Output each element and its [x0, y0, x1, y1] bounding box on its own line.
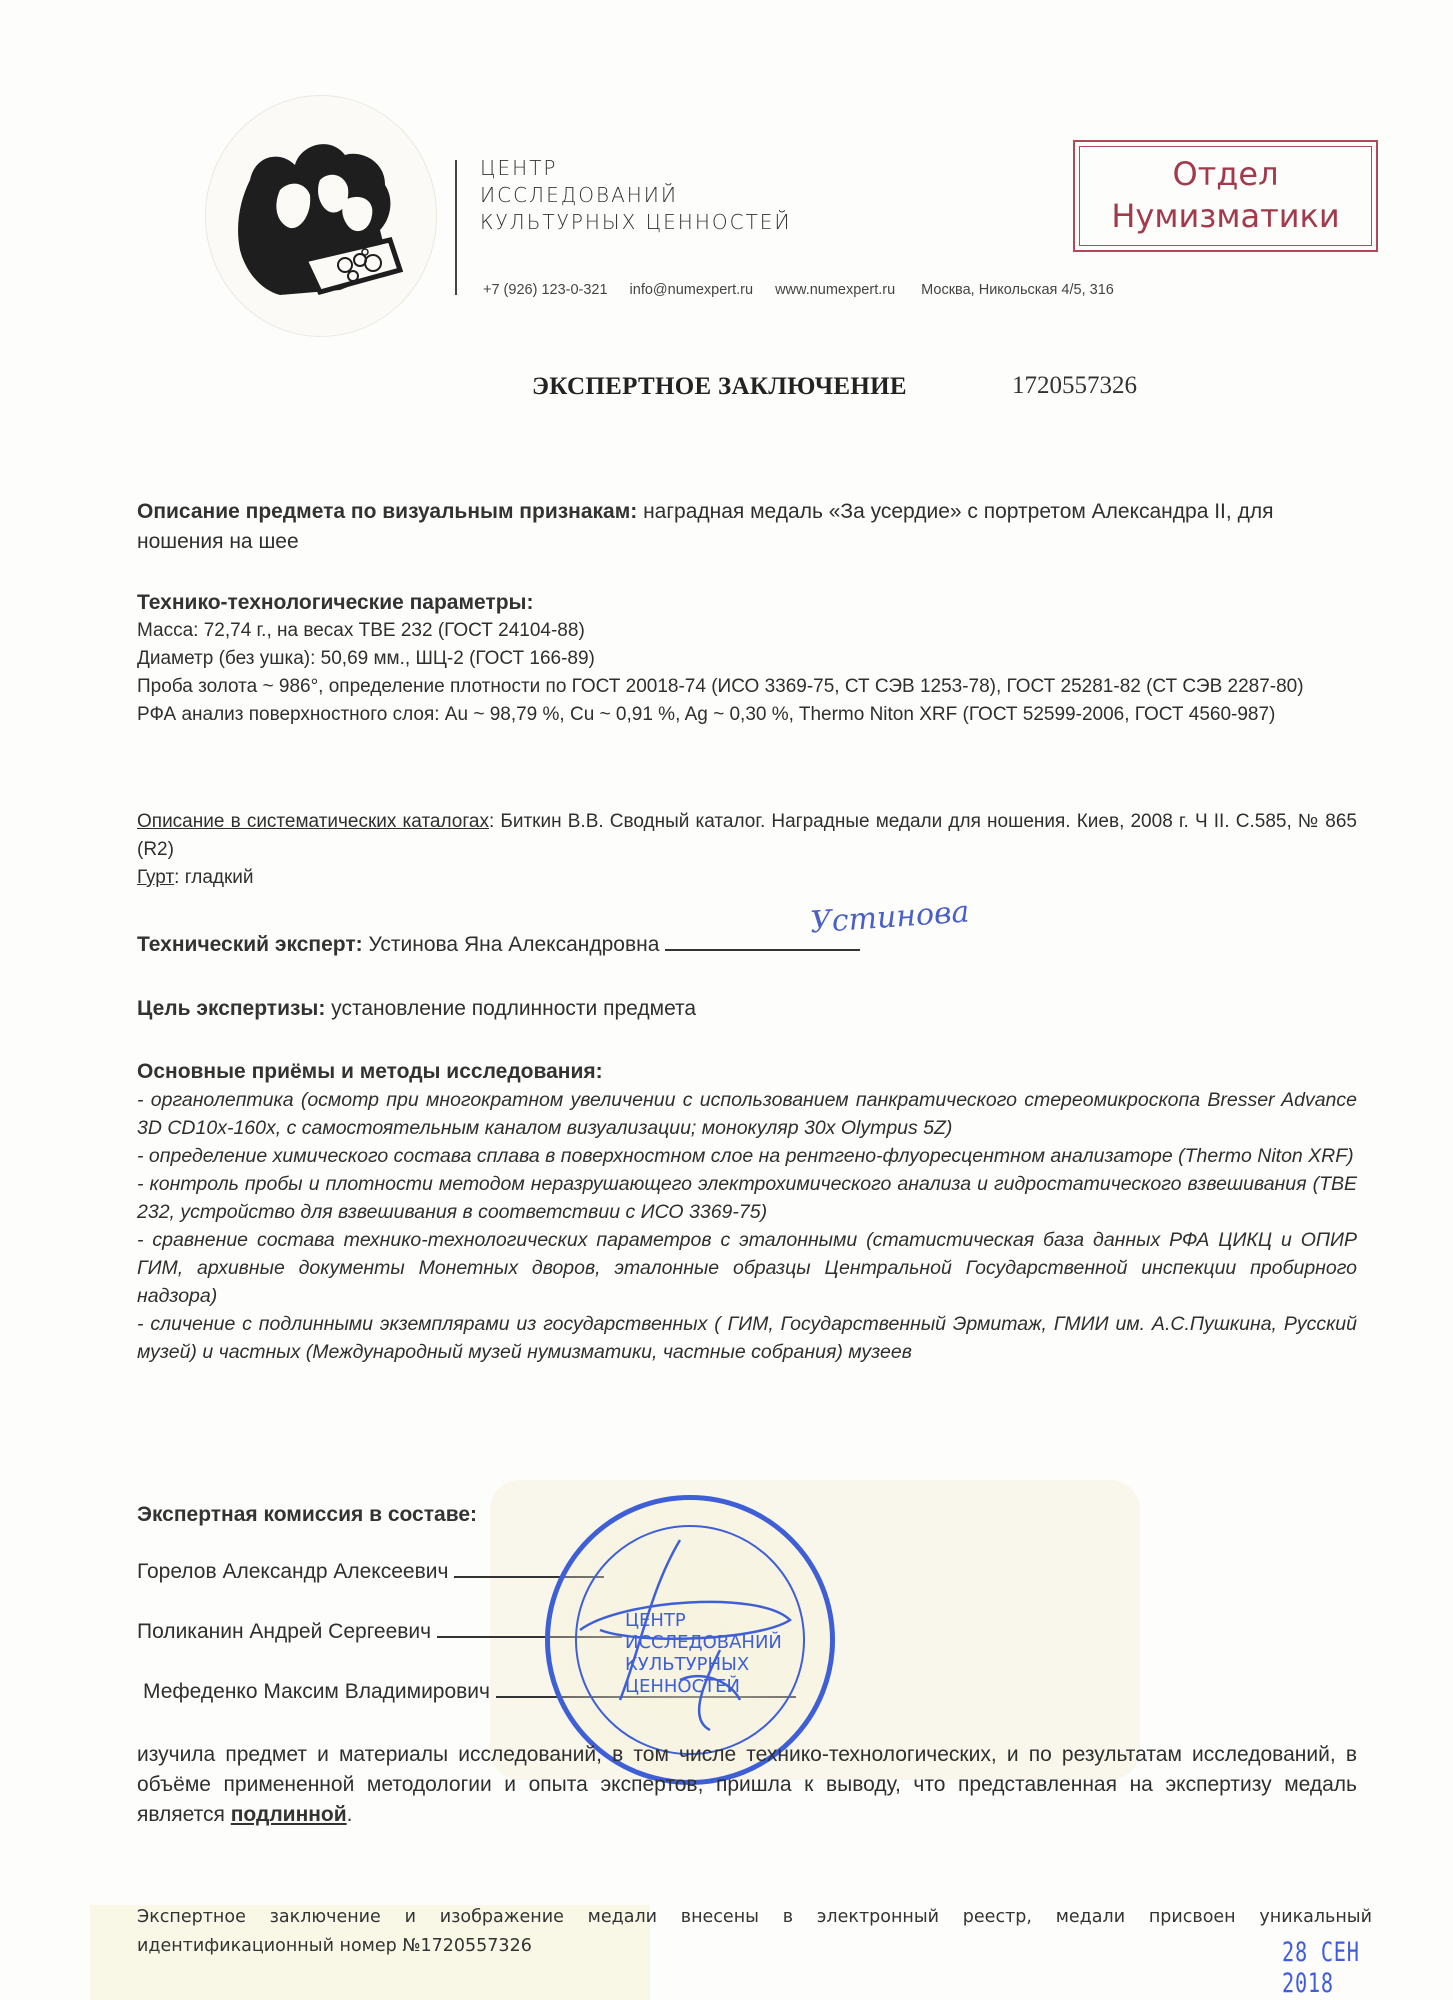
department-stamp: Отдел Нумизматики [1073, 140, 1378, 252]
description-section: Описание предмета по визуальным признака… [137, 497, 1357, 557]
address: Москва, Никольская 4/5, 316 [921, 282, 1114, 298]
tech-expert-label: Технический эксперт: [137, 933, 363, 956]
organization-name: ЦЕНТР ИССЛЕДОВАНИЙ КУЛЬТУРНЫХ ЦЕННОСТЕЙ [480, 155, 792, 236]
registry-note: Экспертное заключение и изображение меда… [137, 1903, 1372, 1961]
goal-row: Цель экспертизы: установление подлинност… [137, 994, 1357, 1023]
numismatists-logo-icon [220, 120, 420, 310]
commission-member-name: Горелов Александр Алексеевич [137, 1560, 448, 1583]
header-divider [455, 160, 457, 295]
contact-info: +7 (926) 123-0-321 info@numexpert.ru www… [483, 282, 1114, 298]
methods-section: Основные приёмы и методы исследования: -… [137, 1058, 1357, 1366]
phone-number: +7 (926) 123-0-321 [483, 282, 608, 298]
technical-line: Диаметр (без ушка): 50,69 мм., ШЦ-2 (ГОС… [137, 645, 1357, 673]
edge-label: Гурт [137, 867, 174, 888]
date-stamp: 28 СЕН 2018 [1282, 1937, 1410, 1999]
catalog-label: Описание в систематических каталогах [137, 811, 489, 832]
commission-member-name: Поликанин Андрей Сергеевич [137, 1620, 431, 1643]
technical-line: РФА анализ поверхностного слоя: Au ~ 98,… [137, 701, 1357, 729]
tech-expert-name: Устинова Яна Александровна [363, 933, 660, 956]
department-stamp-line1: Отдел [1080, 153, 1371, 195]
conclusion-paragraph: изучила предмет и материалы исследований… [137, 1740, 1357, 1830]
goal-label: Цель экспертизы: [137, 997, 325, 1020]
edge-value: : гладкий [174, 867, 253, 888]
goal-value: установление подлинности предмета [325, 997, 696, 1020]
method-item: - определение химического состава сплава… [137, 1142, 1357, 1170]
method-item: - органолептика (осмотр при многократном… [137, 1086, 1357, 1142]
org-name-line: ЦЕНТР [480, 155, 792, 182]
signature-line [665, 948, 860, 951]
description-label: Описание предмета по визуальным признака… [137, 500, 637, 523]
technical-heading: Технико-технологические параметры: [137, 588, 1357, 617]
commission-member-name: Мефеденко Максим Владимирович [143, 1680, 490, 1703]
tech-expert-row: Технический эксперт: Устинова Яна Алекса… [137, 930, 1357, 959]
org-name-line: ИССЛЕДОВАНИЙ [480, 182, 792, 209]
commission-signature-scribble [560, 1530, 820, 1750]
commission-heading-text: Экспертная комиссия в составе: [137, 1503, 477, 1526]
methods-heading: Основные приёмы и методы исследования: [137, 1058, 1357, 1086]
technical-line: Проба золота ~ 986°, определение плотнос… [137, 673, 1357, 701]
method-item: - контроль пробы и плотности методом нер… [137, 1170, 1357, 1226]
org-name-line: КУЛЬТУРНЫХ ЦЕННОСТЕЙ [480, 209, 792, 236]
department-stamp-line2: Нумизматики [1080, 195, 1371, 237]
conclusion-end: . [347, 1803, 353, 1826]
document-title: ЭКСПЕРТНОЕ ЗАКЛЮЧЕНИЕ [532, 373, 907, 401]
technical-section: Технико-технологические параметры: Масса… [137, 588, 1357, 729]
website-link[interactable]: www.numexpert.ru [775, 282, 895, 298]
technical-line: Масса: 72,74 г., на весах ТВЕ 232 (ГОСТ … [137, 617, 1357, 645]
catalog-section: Описание в систематических каталогах: Би… [137, 808, 1357, 892]
verdict: подлинной [231, 1803, 347, 1826]
document-number: 1720557326 [1012, 372, 1137, 400]
email-link[interactable]: info@numexpert.ru [630, 282, 754, 298]
method-item: - сличение с подлинными экземплярами из … [137, 1310, 1357, 1366]
method-item: - сравнение состава технико-технологичес… [137, 1226, 1357, 1310]
